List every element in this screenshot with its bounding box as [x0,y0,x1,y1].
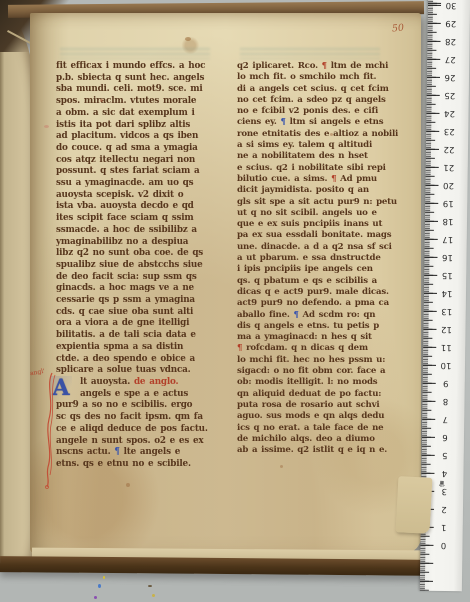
text-line: dicit jaymidista. posito q an [237,185,413,196]
ruler-number: 24 [441,107,457,118]
ruler-number: 27 [442,53,458,64]
color-speck [148,585,152,587]
text-line: spualibz siue de abstcchs siue [56,260,236,272]
text-line: sigacd: o no fit obm cor. face a [237,366,413,377]
color-speck [94,596,97,599]
text-line: ites scipit face sciam q ssim [56,213,236,225]
text-line: spos. miraclm. vtutes morale [56,96,236,108]
ruler-number: 16 [439,251,455,262]
ruler-number: 21 [441,161,457,172]
ruler-number: 17 [440,233,456,244]
penwork-flourish-icon [42,371,58,489]
ruler-number: 9 [438,377,454,388]
text-line: ics q no erat. a tale face de ne [237,423,413,434]
text-line: pa ex sua essdali bonitate. mags [237,230,413,241]
ruler-number: 5 [437,449,453,460]
text-line: ad placitum. vidcos a qs iben [56,131,236,143]
stain [330,133,333,136]
text-column-left: fit efficax i mundo effcs. a hocp.b. sbi… [56,61,236,471]
text-line: act9 pur9 no defendo. a pma ca [237,298,413,309]
text-column-right: q2 iplicaret. Rco. ¶ ltm de mchilo mch f… [237,61,413,456]
ruler-number: 14 [439,287,455,298]
text-line: dis q angels e etns. tu petis p [237,321,413,332]
text-line: cessarie qs p ssm a ymagina [56,295,236,307]
text-line: ctde. a deo spendo e obice a [56,354,236,366]
text-line: qs. q pbatum e qs e scibilis a [237,276,413,287]
ruler-number: 20 [440,179,456,190]
ruler-number: 26 [442,71,458,82]
text-line: e scius. q2 i nobilitate sibi repi [237,163,413,174]
color-speck [103,576,105,579]
ruler-number: 22 [441,143,457,154]
stain [100,99,103,102]
text-line: une. dinacde. a d a q2 nsa sf sci [237,242,413,253]
text-line: de michilo alqs. deo a diumo [237,434,413,445]
ruler-number: 18 [440,215,456,226]
text-line: que e ex suis pncipiis inans ut [237,219,413,230]
text-line: bilitatis. a de tali scia data e [56,330,236,342]
text-line: a obm. a sic dat exemplum i [56,108,236,120]
ruler-number: 0 [435,539,451,550]
stain [44,125,49,128]
text-line: ne a nobilitatem des n hset [237,151,413,162]
text-line: no e fcibil v2 ponis des. e cifi [237,106,413,117]
ruler-number: 13 [439,305,455,316]
ruler-number: 2 [436,503,452,514]
page-corner-tab [396,476,433,534]
text-line: a si sims ey. talem q altitudi [237,140,413,151]
text-line: dicas q e act9 pur9. male dicas. [237,287,413,298]
show-through-text [240,48,380,59]
ruler-number: 23 [441,125,457,136]
ruler-crest-logo-icon: ♛ [438,479,445,488]
ruler-number: 19 [440,197,456,208]
stain [185,37,191,41]
color-speck [152,594,155,597]
text-line: lo mchi fit. hec no hes pssm u: [237,355,413,366]
text-line: rone etnitatis des e altioz a nobili [237,129,413,140]
ruler-number: 6 [437,431,453,442]
text-line: ¶ rofcdam. q n dicas q dem [237,343,413,354]
text-line: sba mundi. celi. mot9. sce. mi [56,84,236,96]
color-speck [98,584,101,588]
text-line: lo mch fit. o smchilo mch fit. [237,72,413,83]
text-line: di a angels cet scius. q cet fcim [237,84,413,95]
text-line: ut q no sit scibil. angels uo e [237,208,413,219]
text-line: aguo. sus mods e qn alqs dedu [237,411,413,422]
text-line: ab a issime. q2 istlit q e iq n e. [237,445,413,456]
text-line: ymaginabilibz no a despiua [56,237,236,249]
text-line: auoysta scepisk. v2 dixit o [56,190,236,202]
ruler-number: 4 [436,467,452,478]
ruler-number: 25 [442,89,458,100]
text-line: puta rosa de rosario aut schvi [237,400,413,411]
text-line: lt auoysta. de anglo. [80,377,236,389]
text-line: libz q2 no sunt oba coe. de qs [56,248,236,260]
text-line: ma a ymaginacd: n hes q sit [237,332,413,343]
folio-number: 50 [391,22,404,34]
ruler-number: 30 [443,0,459,10]
text-line: etns. qs e etnu no e scibile. [56,459,236,471]
ruler-number: 1 [436,521,452,532]
ruler-number: 11 [438,341,454,352]
text-line: angele n sunt spos. o2 e es ex [56,436,236,448]
text-line: q2 iplicaret. Rco. ¶ ltm de mchi [237,61,413,72]
text-line: de deo facit scia: sup ssm qs [56,272,236,284]
ruler-number: 12 [438,323,454,334]
text-line: p.b. sbiecta q sunt hec. angels [56,73,236,85]
show-through-text [60,48,210,59]
text-line: ora a viora a de gne itelligi [56,318,236,330]
text-line: pur9 a so no e scibilis. ergo [56,400,236,412]
book-fore-edge [0,556,444,576]
manuscript-photo: 50 fit efficax i mundo effcs. a hocp.b. … [0,0,470,602]
stain [280,465,283,468]
text-line: do couce. q ad sma a ymagia [56,143,236,155]
text-line: no cet fcim. a sdeo pz q angels [237,95,413,106]
text-line: ginacds. a hoc mags ve a ne [56,283,236,295]
text-line: ista vba. auoysta decdo e qd [56,201,236,213]
text-line: cds. q cae siue oba sunt alti [56,307,236,319]
text-line: a ut pbarum. e ssa dnstructde [237,253,413,264]
text-line: ssmacde. a hoc de ssibilibz a [56,225,236,237]
ruler-number: 8 [437,395,453,406]
text-line: ce e aliqd deduce de pos factu. [56,424,236,436]
text-line: splicare a solue tuas vdnca. [56,365,236,377]
text-line: qn aliquid deduat de po factu: [237,389,413,400]
text-line: istis ita pot dari splibz altis [56,120,236,132]
ruler-number: 28 [442,35,458,46]
text-line: ob: modis itelligit. l: no mods [237,377,413,388]
text-line: ssu a ymaginacde. am uo qs [56,178,236,190]
text-line: i ipis pncipiis ipe angels cen [237,264,413,275]
text-line: possunt. q stes fariat sciam a [56,166,236,178]
text-line: bilutio cue. a sims. ¶ Ad pmu [237,174,413,185]
text-line: expientia spma a sa distin [56,342,236,354]
text-line: sc qs des no facit ipsm. qm fa [56,412,236,424]
stain [126,483,130,487]
ruler-number: 10 [438,359,454,370]
text-line: fit efficax i mundo effcs. a hoc [56,61,236,73]
ruler-number: 29 [443,17,459,28]
manuscript-page: 50 fit efficax i mundo effcs. a hocp.b. … [30,13,421,553]
ruler-number: 7 [437,413,453,424]
text-line: nscns actu. ¶ lte angels e [56,447,236,459]
text-line: ciens ey. ¶ ltm si angels e etns [237,117,413,128]
text-line: cos atqz itellectu negari non [56,155,236,167]
text-line: aballo fine. ¶ Ad scdm ro: qn [237,310,413,321]
text-line: gls sit spe a sit actu pur9 n: petu [237,197,413,208]
ruler-number: 15 [439,269,455,280]
text-line: angels e spe a e actus [80,389,236,401]
